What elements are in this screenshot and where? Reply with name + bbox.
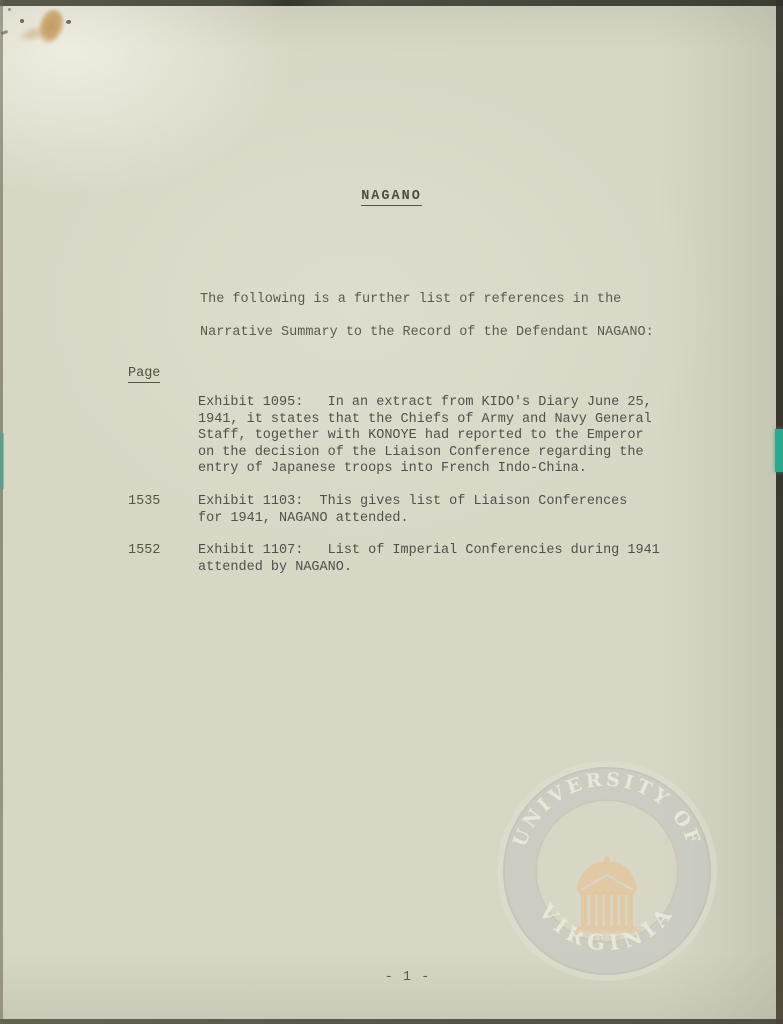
document-body: NAGANO The following is a further list o…	[0, 0, 783, 1024]
entry-text: Exhibit 1103: This gives list of Liaison…	[198, 494, 688, 527]
page-title-text: NAGANO	[361, 189, 422, 206]
page-number-cell: 1535	[128, 494, 198, 511]
reference-entry-1103: 1535 Exhibit 1103: This gives list of Li…	[128, 494, 688, 527]
entry-text: Exhibit 1107: List of Imperial Conferenc…	[198, 543, 688, 576]
reference-list: Exhibit 1095: In an extract from KIDO's …	[128, 395, 688, 576]
entry-text: Exhibit 1095: In an extract from KIDO's …	[198, 395, 688, 478]
page-title: NAGANO	[0, 189, 783, 204]
intro-paragraph: The following is a further list of refer…	[200, 283, 660, 349]
intro-line-2: Narrative Summary to the Record of the D…	[200, 316, 660, 349]
reference-entry-1107: 1552 Exhibit 1107: List of Imperial Conf…	[128, 543, 688, 576]
page-number-cell: 1552	[128, 543, 198, 560]
intro-line-1: The following is a further list of refer…	[200, 283, 660, 316]
reference-entry-1095: Exhibit 1095: In an extract from KIDO's …	[128, 395, 688, 478]
page-column-heading: Page	[128, 366, 160, 383]
scanned-document-page: UNIVERSITY OF VIRGINIA 1819	[0, 0, 783, 1024]
footer-page-number: - 1 -	[0, 970, 783, 985]
